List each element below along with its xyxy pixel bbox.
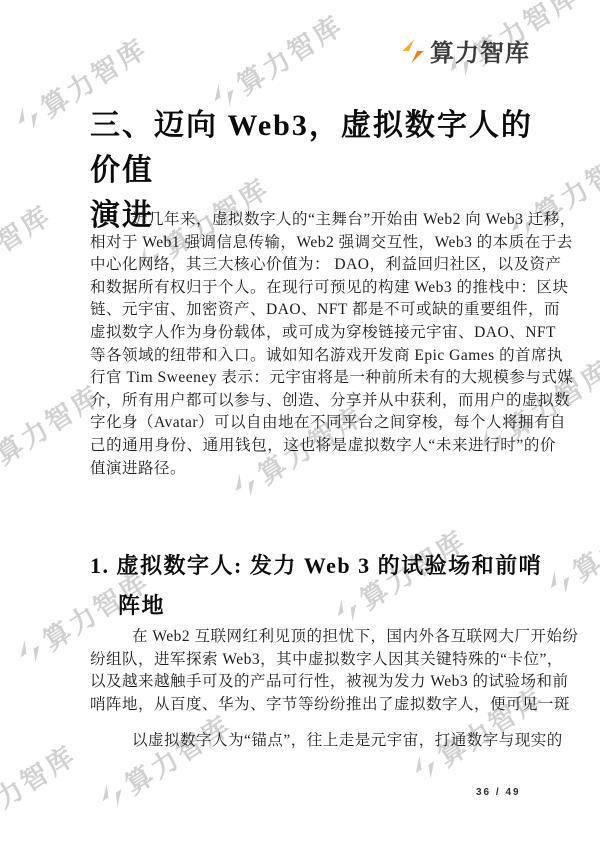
text-line: 以虚拟数字人为“锚点”，往上走是元宇宙，打通数字与现实的 <box>90 730 556 753</box>
text-line: 字化身（Avatar）可以自由地在不同平台之间穿梭，每个人将拥有自 <box>90 412 556 435</box>
page-number: 36 / 49 <box>476 787 521 798</box>
document-page: 算力智库 算力智库 算力智库 算力智库 算力智库 算力智库 算力智库 算力智库 … <box>0 0 600 848</box>
page-title-line: 三、迈向 Web3，虚拟数字人的价值 <box>90 103 560 193</box>
text-line: 等各领域的纽带和入口。诚如知名游戏开发商 Epic Games 的首席执 <box>90 345 556 368</box>
text-line: 虚拟数字人作为身份载体，或可成为穿梭链接元宇宙、DAO、NFT <box>90 322 556 345</box>
section-heading: 1. 虚拟数字人: 发力 Web 3 的试验场和前哨 阵地 <box>90 546 560 626</box>
paragraph-3: 以虚拟数字人为“锚点”，往上走是元宇宙，打通数字与现实的 <box>90 730 556 753</box>
section-heading-line: 1. 虚拟数字人: 发力 Web 3 的试验场和前哨 <box>90 546 560 586</box>
text-line: 值演进路径。 <box>90 458 556 481</box>
brand-logo: 算力智库 <box>401 39 530 68</box>
text-line: 在 Web2 互联网红利见顶的担忧下，国内外各互联网大厂开始纷 <box>90 626 556 649</box>
text-line: 相对于 Web1 强调信息传输，Web2 强调交互性，Web3 的本质在于去 <box>90 232 556 255</box>
lightning-diamond-icon <box>401 39 425 68</box>
text-line: 和数据所有权归于个人。在现行可预见的构建 Web3 的推栈中：区块 <box>90 277 556 300</box>
text-line: 介，所有用户都可以参与、创造、分享并从中获利，而用户的虚拟数 <box>90 390 556 413</box>
text-line: 纷组队，进军探索 Web3，其中虚拟数字人因其关键特殊的“卡位”， <box>90 649 556 672</box>
brand-logo-text: 算力智库 <box>430 42 530 66</box>
paragraph-2: 在 Web2 互联网红利见顶的担忧下，国内外各互联网大厂开始纷纷组队，进军探索 … <box>90 626 556 716</box>
section-heading-line: 阵地 <box>90 586 560 626</box>
paragraph-1: 近几年来，虚拟数字人的“主舞台”开始由 Web2 向 Web3 迁移，相对于 W… <box>90 209 556 480</box>
text-line: 行官 Tim Sweeney 表示：元宇宙将是一种前所未有的大规模参与式媒 <box>90 367 556 390</box>
text-line: 链、元宇宙、加密资产、DAO、NFT 都是不可或缺的重要组件，而 <box>90 299 556 322</box>
page-content: 算力智库 三、迈向 Web3，虚拟数字人的价值 演进 近几年来，虚拟数字人的“主… <box>0 0 600 848</box>
text-line: 近几年来，虚拟数字人的“主舞台”开始由 Web2 向 Web3 迁移， <box>90 209 556 232</box>
text-line: 以及越来越触手可及的产品可行性，被视为发力 Web3 的试验场和前 <box>90 671 556 694</box>
text-line: 中心化网络，其三大核心价值为： DAO，利益回归社区，以及资产 <box>90 254 556 277</box>
text-line: 己的通用身份、通用钱包，这也将是虚拟数字人“未来进行时”的价 <box>90 435 556 458</box>
text-line: 哨阵地，从百度、华为、字节等纷纷推出了虚拟数字人，便可见一斑 <box>90 694 556 717</box>
